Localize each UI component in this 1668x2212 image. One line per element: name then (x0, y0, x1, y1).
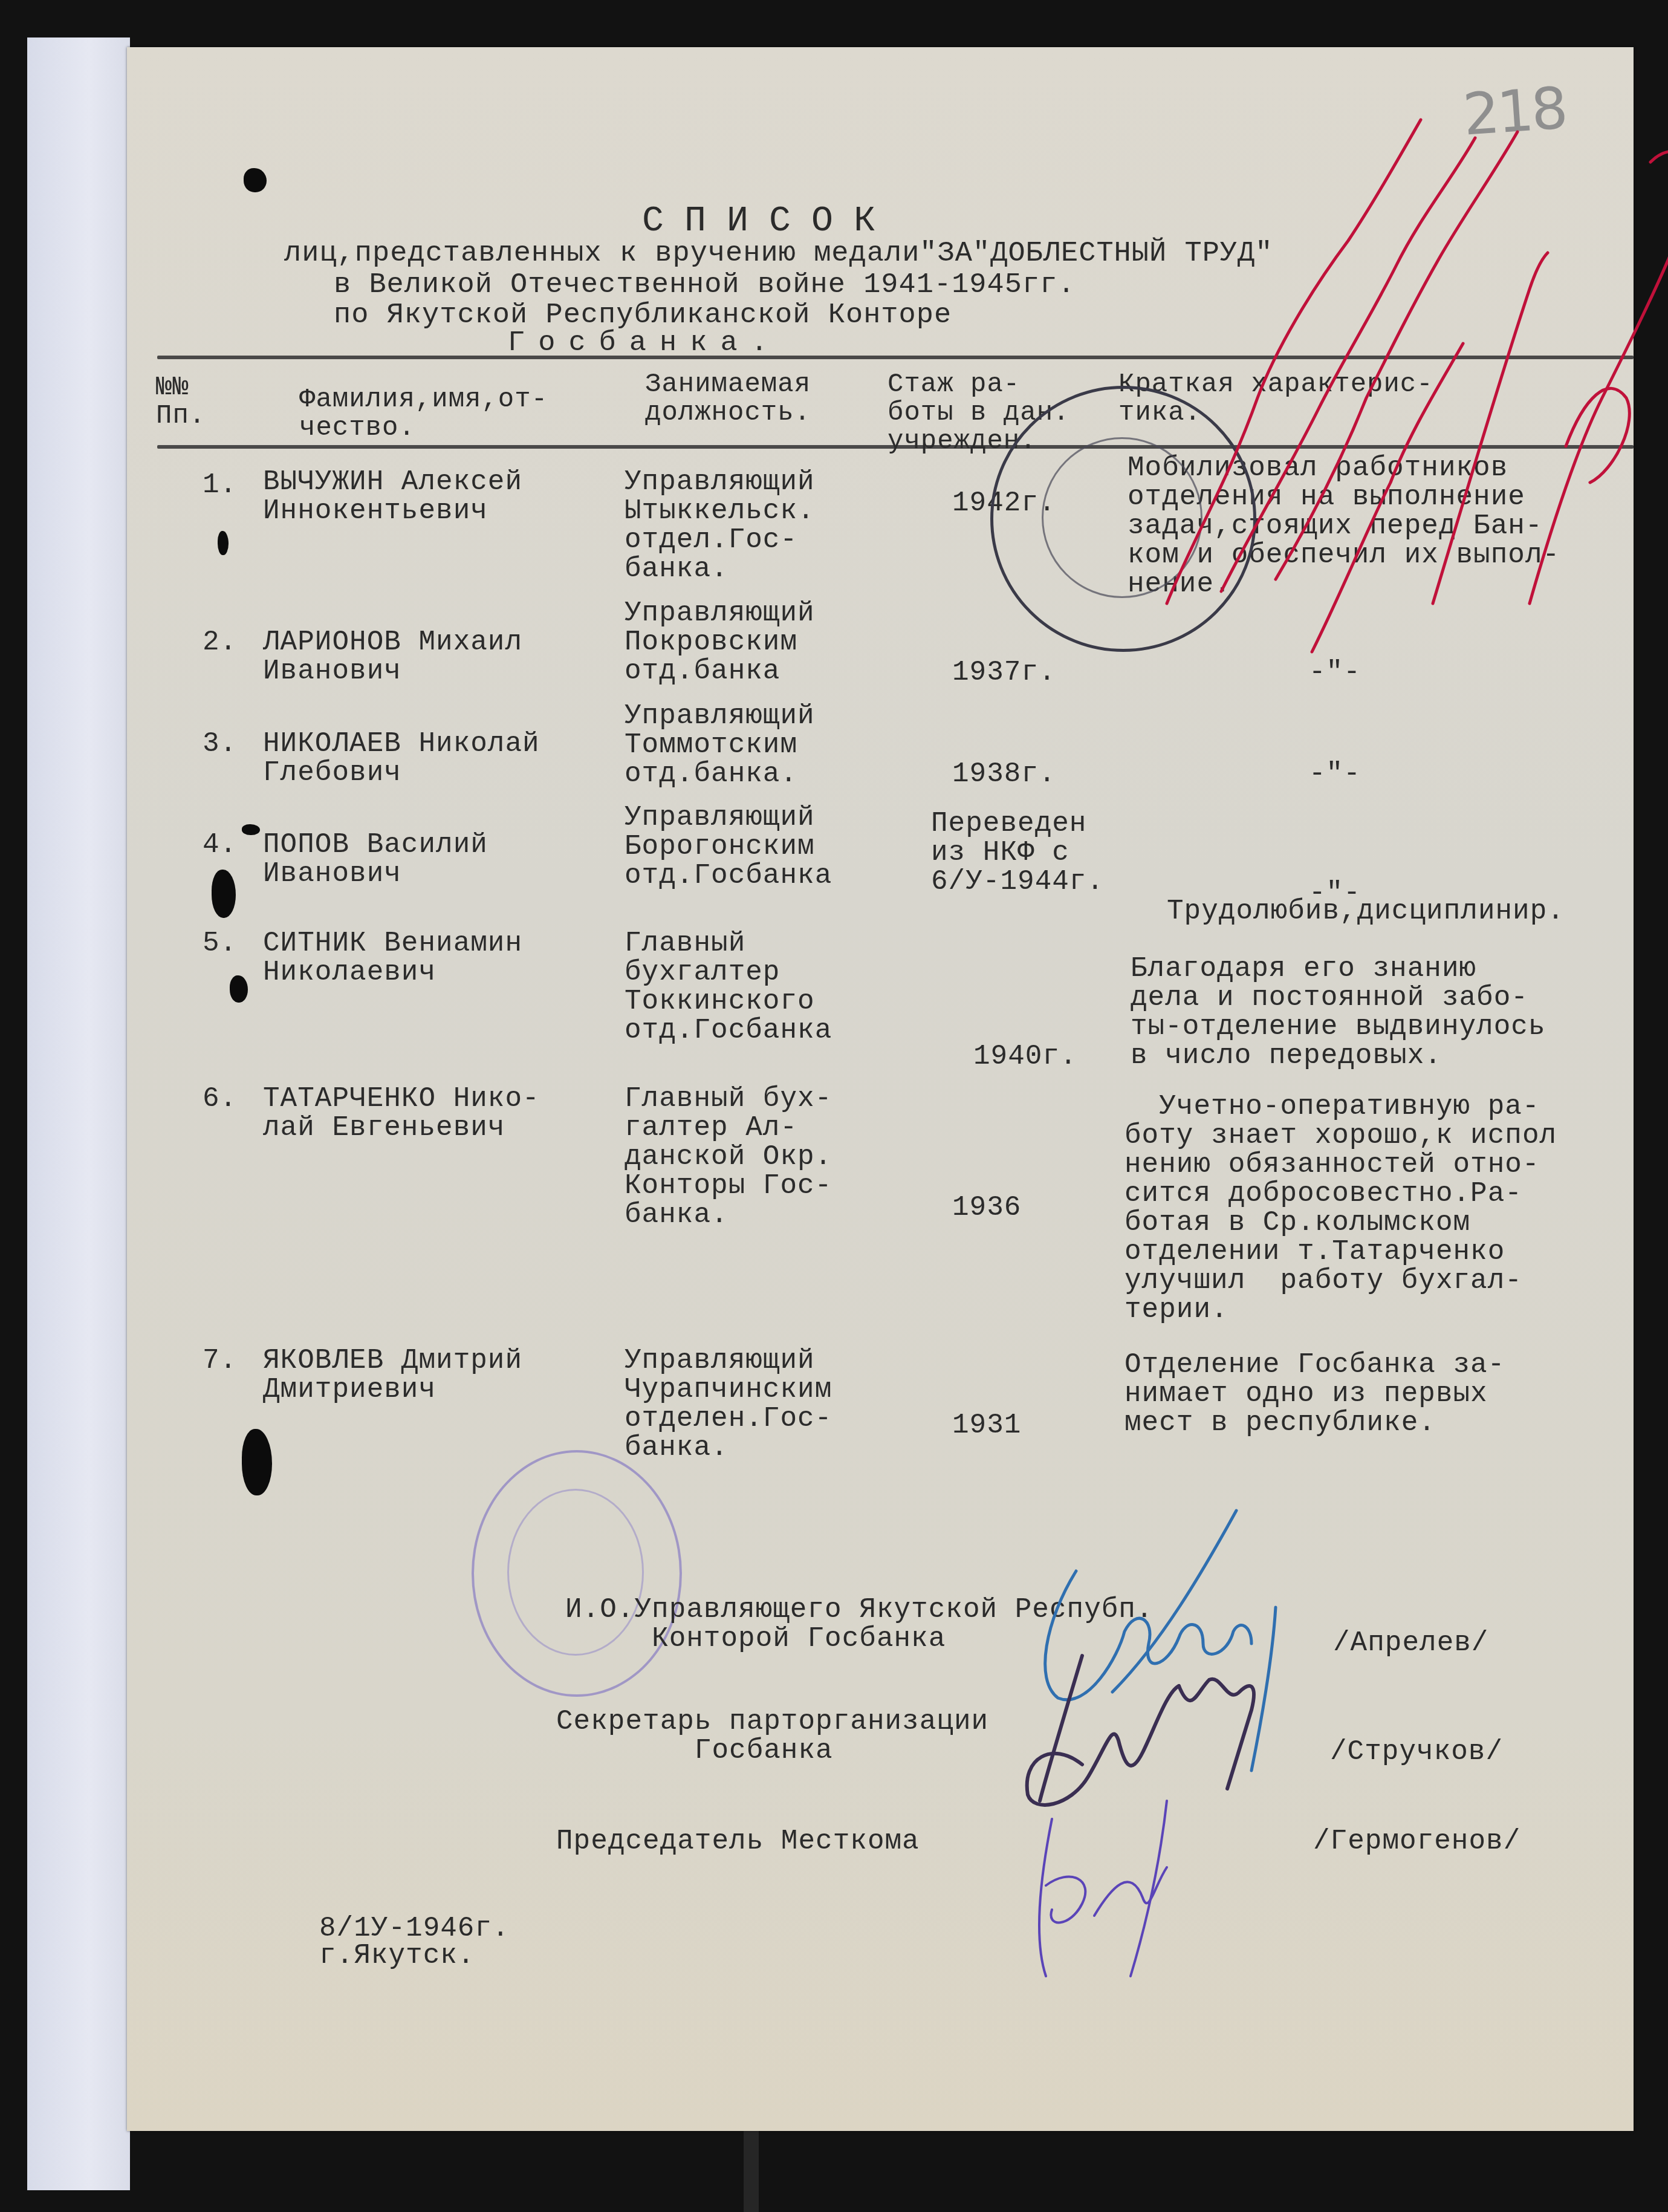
punch-hole (244, 168, 267, 192)
row-name: ВЫЧУЖИН Алексей Иннокентьевич (263, 467, 522, 525)
row-number: 2. (203, 628, 237, 657)
red-resolution-handwriting (973, 59, 1668, 664)
union-chair-signature (1028, 1795, 1209, 1988)
binding-spine (744, 2129, 759, 2212)
punch-hole (230, 975, 248, 1003)
row-name: ТАТАРЧЕНКО Нико- лай Евгеньевич (263, 1084, 540, 1142)
row-tenure: 1940г. (973, 1042, 1077, 1071)
column-header-number: №№ Пп. (156, 374, 206, 431)
signature-name-party-secretary: /Стручков/ (1330, 1737, 1503, 1766)
row-name: НИКОЛАЕВ Николай Глебович (263, 729, 540, 787)
column-header-position: Занимаемая должность. (645, 371, 811, 428)
row-name: ЯКОВЛЕВ Дмитрий Дмитриевич (263, 1346, 522, 1404)
subtitle-line-3: по Якутской Республиканской Конторе (334, 301, 952, 330)
row-position: Управляющий Томмотским отд.банка. (625, 701, 815, 789)
row-name: ЛАРИОНОВ Михаил Иванович (263, 628, 522, 686)
party-secretary-signature (998, 1619, 1324, 1813)
row-characteristic-lead: Трудолюбив,дисциплинир. (1167, 897, 1565, 926)
row-number: 5. (203, 929, 237, 958)
row-position: Главный бух- галтер Ал- данской Окр. Кон… (625, 1084, 832, 1229)
punch-hole (218, 531, 229, 555)
row-number: 3. (203, 729, 237, 758)
row-position: Главный бухгалтер Токкинского отд.Госбан… (625, 929, 832, 1045)
document-date: 8/1У-1946г. (319, 1914, 510, 1943)
punch-hole (212, 870, 236, 918)
document-sheet: 218 СПИСОК лиц,представленных к вручению… (127, 47, 1634, 2131)
row-number: 6. (203, 1084, 237, 1113)
signature-name-manager: /Апрелев/ (1333, 1628, 1488, 1657)
row-position: Управляющий Ытыккельск. отдел.Гос- банка… (625, 467, 815, 584)
row-tenure: 1938г. (952, 760, 1056, 789)
subtitle-line-2: в Великой Отечественной войне 1941-1945г… (334, 271, 1076, 299)
row-tenure: 1936 (952, 1193, 1021, 1222)
signature-role-party-secretary: Секретарь парторганизации Госбанка (556, 1707, 988, 1765)
row-characteristic: Благодаря его знанию дела и постоянной з… (1131, 954, 1546, 1070)
backing-paper-strip (27, 37, 130, 2190)
row-characteristic: Учетно-оперативную ра- боту знает хорошо… (1124, 1092, 1557, 1324)
punch-hole (242, 1429, 272, 1495)
row-position: Управляющий Чурапчинским отделен.Гос- ба… (625, 1346, 832, 1462)
document-title: СПИСОК (642, 203, 896, 239)
row-name: ПОПОВ Василий Иванович (263, 830, 488, 888)
row-tenure: Переведен из НКФ с 6/У-1944г. (931, 809, 1104, 896)
subtitle-line-4: Госбанка. (508, 329, 781, 357)
row-number: 7. (203, 1346, 237, 1375)
row-name: СИТНИК Вениамин Николаевич (263, 929, 522, 987)
signature-name-union-chair: /Гермогенов/ (1313, 1827, 1520, 1856)
row-number: 1. (203, 470, 237, 499)
row-number: 4. (203, 830, 237, 859)
row-position: Управляющий Покровским отд.банка (625, 599, 815, 686)
signature-role-union-chair: Председатель Месткома (556, 1827, 920, 1856)
column-header-name: Фамилия,имя,от- чество. (299, 386, 548, 443)
document-place: г.Якутск. (319, 1941, 475, 1970)
row-tenure: 1931 (952, 1411, 1021, 1440)
row-characteristic: -"- (1309, 760, 1361, 789)
punch-hole (242, 824, 260, 835)
bank-stamp (472, 1450, 682, 1697)
row-position: Управляющий Борогонским отд.Госбанка (625, 803, 832, 890)
row-characteristic: Отделение Госбанка за- нимает одно из пе… (1124, 1350, 1505, 1437)
